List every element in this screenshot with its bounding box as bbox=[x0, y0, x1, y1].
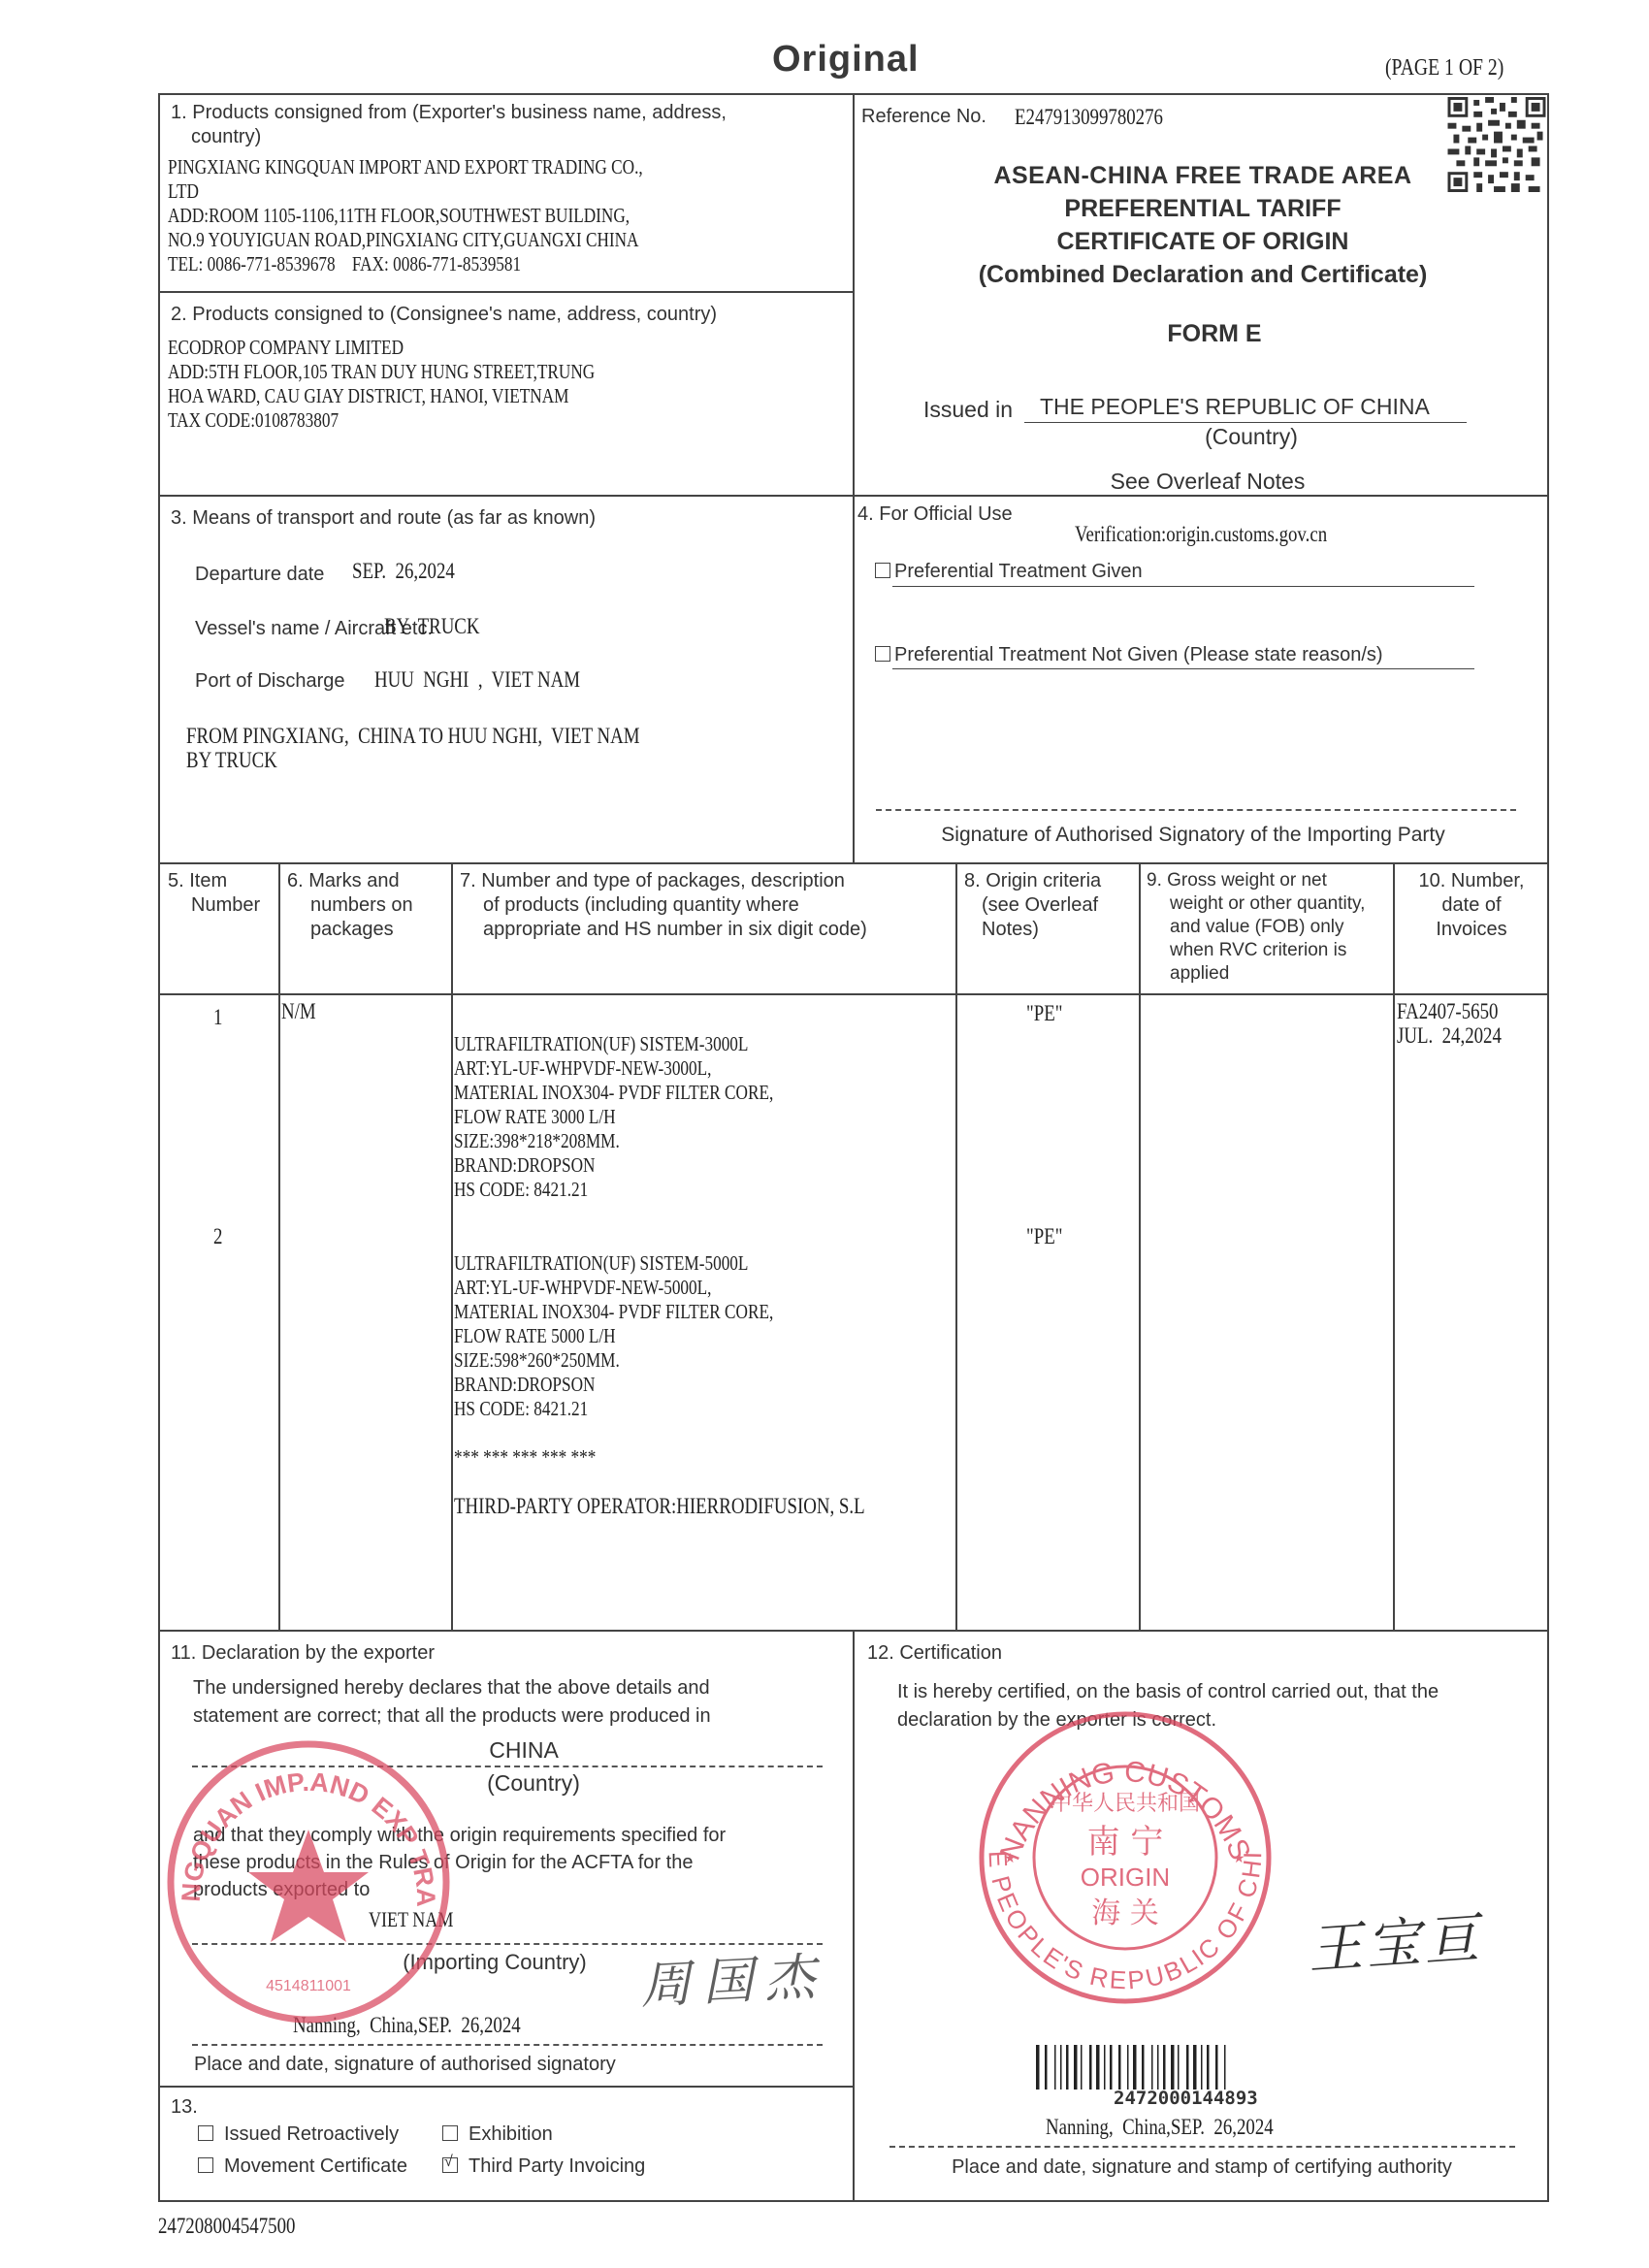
consignee-line: TAX CODE:0108783807 bbox=[168, 408, 595, 433]
box4-label: 4. For Official Use bbox=[857, 502, 1013, 527]
header-text: packages bbox=[287, 918, 413, 942]
description-line: ART:YL-UF-WHPVDF-NEW-3000L, bbox=[454, 1056, 773, 1081]
certifier-place-caption: Place and date, signature and stamp of c… bbox=[854, 2155, 1550, 2180]
divider bbox=[158, 993, 1549, 995]
description-line: SIZE:398*218*208MM. bbox=[454, 1129, 773, 1153]
item-1-description: ULTRAFILTRATION(UF) SISTEM-3000L ART:YL-… bbox=[454, 1032, 844, 1202]
exporter-place-line bbox=[192, 2044, 823, 2046]
description-line: BRAND:DROPSON bbox=[454, 1373, 773, 1397]
country-caption: (Country) bbox=[1057, 425, 1445, 449]
box11-label: 11. Declaration by the exporter bbox=[171, 1641, 435, 1666]
consignee-block: ECODROP COMPANY LIMITED ADD:5TH FLOOR,10… bbox=[168, 336, 689, 433]
checkbox-preferential-not-given[interactable] bbox=[875, 646, 890, 662]
divider bbox=[278, 862, 280, 1630]
not-given-underline bbox=[892, 668, 1474, 669]
box2-label: 2. Products consigned to (Consignee's na… bbox=[171, 303, 717, 327]
exporter-line: TEL: 0086-771-8539678 FAX: 0086-771-8539… bbox=[168, 252, 643, 276]
description-line: BRAND:DROPSON bbox=[454, 1153, 773, 1178]
departure-label: Departure date bbox=[195, 563, 324, 587]
barcode bbox=[1034, 2045, 1354, 2090]
header-description: 7. Number and type of packages, descript… bbox=[460, 869, 867, 942]
importing-country: VIET NAM bbox=[369, 1907, 453, 1931]
header-text: when RVC criterion is bbox=[1147, 939, 1365, 962]
certification-line: declaration by the exporter is correct. bbox=[897, 1706, 1439, 1734]
header-text: numbers on bbox=[287, 893, 413, 918]
declaration-line: these products in the Rules of Origin fo… bbox=[193, 1849, 726, 1876]
departure-date: SEP. 26,2024 bbox=[352, 559, 455, 583]
exporter-place-date: Nanning, China,SEP. 26,2024 bbox=[293, 2013, 521, 2037]
declaration-line: The undersigned hereby declares that the… bbox=[193, 1674, 711, 1702]
declaration-line: statement are correct; that all the prod… bbox=[193, 1702, 711, 1731]
reference-number: E247913099780276 bbox=[1015, 105, 1163, 129]
header-invoice: 10. Number, date of Invoices bbox=[1395, 869, 1548, 942]
header-text: and value (FOB) only bbox=[1147, 916, 1365, 939]
header-text: Notes) bbox=[964, 918, 1101, 942]
divider bbox=[1393, 862, 1395, 1630]
marks-value: N/M bbox=[281, 999, 316, 1023]
consignee-line: ECODROP COMPANY LIMITED bbox=[168, 336, 595, 360]
invoice-block: FA2407-5650 JUL. 24,2024 bbox=[1397, 999, 1525, 1048]
checkbox-exhibition[interactable] bbox=[442, 2125, 458, 2141]
divider bbox=[451, 862, 453, 1630]
footer-document-number: 247208004547500 bbox=[158, 2214, 295, 2238]
importer-signature-caption: Signature of Authorised Signatory of the… bbox=[854, 823, 1533, 847]
preferential-not-given-label: Preferential Treatment Not Given (Please… bbox=[894, 643, 1383, 667]
title-line3: CERTIFICATE OF ORIGIN bbox=[863, 225, 1542, 258]
header-text: of products (including quantity where bbox=[460, 893, 867, 918]
consignee-line: HOA WARD, CAU GIAY DISTRICT, HANOI, VIET… bbox=[168, 384, 595, 408]
given-underline bbox=[892, 586, 1474, 587]
route-line: FROM PINGXIANG, CHINA TO HUU NGHI, VIET … bbox=[186, 724, 640, 748]
header-origin: 8. Origin criteria (see Overleaf Notes) bbox=[964, 869, 1101, 942]
exporter-line: LTD bbox=[168, 179, 643, 204]
header-text: 10. Number, bbox=[1395, 869, 1548, 893]
route-line: BY TRUCK bbox=[186, 748, 640, 772]
title-line1: ASEAN-CHINA FREE TRADE AREA bbox=[863, 159, 1542, 192]
description-line: FLOW RATE 3000 L/H bbox=[454, 1105, 773, 1129]
certification-text: It is hereby certified, on the basis of … bbox=[897, 1678, 1439, 1734]
item-number: 1 bbox=[213, 1005, 222, 1029]
exporter-line: NO.9 YOUYIGUAN ROAD,PINGXIANG CITY,GUANG… bbox=[168, 228, 643, 252]
box13-label: 13. bbox=[171, 2095, 198, 2120]
declaration-line: and that they comply with the origin req… bbox=[193, 1822, 726, 1849]
title-line2: PREFERENTIAL TARIFF bbox=[863, 192, 1542, 225]
producing-country: CHINA bbox=[378, 1738, 669, 1763]
description-line: SIZE:598*260*250MM. bbox=[454, 1348, 773, 1373]
end-marker: *** *** *** *** *** bbox=[454, 1445, 596, 1470]
certificate-title: ASEAN-CHINA FREE TRADE AREA PREFERENTIAL… bbox=[863, 159, 1542, 291]
issued-in-label: Issued in bbox=[923, 398, 1013, 422]
checkbox-movement-certificate[interactable] bbox=[198, 2157, 213, 2173]
country-caption: (Country) bbox=[388, 1771, 679, 1796]
item-2-description: ULTRAFILTRATION(UF) SISTEM-5000L ART:YL-… bbox=[454, 1251, 844, 1421]
certifier-signature: 王宝亘 bbox=[1305, 1895, 1484, 1985]
description-line: ULTRAFILTRATION(UF) SISTEM-5000L bbox=[454, 1251, 773, 1276]
declaration-text-2: and that they comply with the origin req… bbox=[193, 1822, 726, 1903]
divider bbox=[158, 2086, 854, 2088]
third-party-invoicing-label: Third Party Invoicing bbox=[469, 2155, 645, 2179]
origin-criterion: "PE" bbox=[1026, 1224, 1062, 1248]
divider bbox=[853, 93, 855, 863]
divider bbox=[1139, 862, 1141, 1630]
header-text: 5. Item bbox=[168, 869, 260, 893]
certifier-place-line bbox=[889, 2146, 1515, 2148]
header-text: appropriate and HS number in six digit c… bbox=[460, 918, 867, 942]
header-text: applied bbox=[1147, 962, 1365, 986]
certifier-place-date: Nanning, China,SEP. 26,2024 bbox=[1046, 2115, 1274, 2139]
divider bbox=[158, 291, 854, 293]
header-item-number: 5. Item Number bbox=[168, 869, 260, 918]
header-text: 9. Gross weight or net bbox=[1147, 869, 1365, 892]
exporter-line: ADD:ROOM 1105-1106,11TH FLOOR,SOUTHWEST … bbox=[168, 204, 643, 228]
third-party-operator: THIRD-PARTY OPERATOR:HIERRODIFUSION, S.L bbox=[454, 1494, 865, 1518]
issued-in-underline bbox=[1024, 422, 1467, 423]
header-text: Invoices bbox=[1395, 918, 1548, 942]
description-line: HS CODE: 8421.21 bbox=[454, 1397, 773, 1421]
exporter-place-caption: Place and date, signature of authorised … bbox=[194, 2053, 616, 2077]
description-line: MATERIAL INOX304- PVDF FILTER CORE, bbox=[454, 1081, 773, 1105]
box12-label: 12. Certification bbox=[867, 1641, 1002, 1666]
issued-in-country: THE PEOPLE'S REPUBLIC OF CHINA bbox=[1040, 395, 1430, 419]
description-line: ULTRAFILTRATION(UF) SISTEM-3000L bbox=[454, 1032, 773, 1056]
invoice-number: FA2407-5650 bbox=[1397, 999, 1502, 1023]
country-line bbox=[192, 1766, 823, 1767]
description-line: ART:YL-UF-WHPVDF-NEW-5000L, bbox=[454, 1276, 773, 1300]
vessel-name: BY TRUCK bbox=[384, 614, 480, 638]
checkbox-third-party-invoicing[interactable]: √ bbox=[442, 2157, 458, 2173]
port-of-discharge: HUU NGHI , VIET NAM bbox=[374, 667, 580, 692]
title-line4: (Combined Declaration and Certificate) bbox=[863, 258, 1542, 291]
divider bbox=[158, 862, 1549, 864]
box1-label-cont: country) bbox=[191, 125, 261, 149]
reference-label: Reference No. bbox=[861, 105, 986, 129]
divider bbox=[158, 495, 1549, 497]
header-text: 7. Number and type of packages, descript… bbox=[460, 869, 867, 893]
divider bbox=[955, 862, 957, 1630]
exhibition-label: Exhibition bbox=[469, 2122, 553, 2147]
exporter-block: PINGXIANG KINGQUAN IMPORT AND EXPORT TRA… bbox=[168, 155, 747, 276]
checkmark-icon: √ bbox=[444, 2154, 453, 2171]
header-text: weight or other quantity, bbox=[1147, 892, 1365, 916]
header-text: Number bbox=[168, 893, 260, 918]
issued-retroactively-label: Issued Retroactively bbox=[224, 2122, 399, 2147]
consignee-line: ADD:5TH FLOOR,105 TRAN DUY HUNG STREET,T… bbox=[168, 360, 595, 384]
origin-criterion: "PE" bbox=[1026, 1001, 1062, 1025]
importing-caption: (Importing Country) bbox=[349, 1950, 640, 1974]
port-label: Port of Discharge bbox=[195, 669, 345, 694]
exporter-line: PINGXIANG KINGQUAN IMPORT AND EXPORT TRA… bbox=[168, 155, 643, 179]
description-line: HS CODE: 8421.21 bbox=[454, 1178, 773, 1202]
header-text: 8. Origin criteria bbox=[964, 869, 1101, 893]
preferential-given-label: Preferential Treatment Given bbox=[894, 560, 1143, 584]
movement-certificate-label: Movement Certificate bbox=[224, 2155, 407, 2179]
checkbox-issued-retroactively[interactable] bbox=[198, 2125, 213, 2141]
route-block: FROM PINGXIANG, CHINA TO HUU NGHI, VIET … bbox=[186, 724, 739, 772]
box1-label: 1. Products consigned from (Exporter's b… bbox=[171, 101, 727, 125]
header-text: (see Overleaf bbox=[964, 893, 1101, 918]
item-number: 2 bbox=[213, 1224, 222, 1248]
header-marks: 6. Marks and numbers on packages bbox=[287, 869, 413, 942]
header-weight: 9. Gross weight or net weight or other q… bbox=[1147, 869, 1365, 986]
header-text: 6. Marks and bbox=[287, 869, 413, 893]
invoice-date: JUL. 24,2024 bbox=[1397, 1023, 1502, 1048]
verification-url: Verification:origin.customs.gov.cn bbox=[1075, 522, 1327, 546]
divider bbox=[853, 1630, 855, 2202]
box3-label: 3. Means of transport and route (as far … bbox=[171, 506, 596, 531]
checkbox-preferential-given[interactable] bbox=[875, 563, 890, 578]
page-indicator: (PAGE 1 OF 2) bbox=[1385, 56, 1503, 81]
barcode-number: 2472000144893 bbox=[1114, 2088, 1258, 2109]
document-title: Original bbox=[772, 39, 920, 81]
form-name: FORM E bbox=[1020, 320, 1408, 348]
description-line: FLOW RATE 5000 L/H bbox=[454, 1324, 773, 1348]
declaration-line: products exported to bbox=[193, 1876, 726, 1903]
header-text: date of bbox=[1395, 893, 1548, 918]
importer-signature-line bbox=[876, 809, 1516, 811]
certification-line: It is hereby certified, on the basis of … bbox=[897, 1678, 1439, 1706]
overleaf-notes: See Overleaf Notes bbox=[1014, 470, 1402, 494]
exporter-signature: 周国杰 bbox=[638, 1935, 828, 2018]
description-line: MATERIAL INOX304- PVDF FILTER CORE, bbox=[454, 1300, 773, 1324]
declaration-text: The undersigned hereby declares that the… bbox=[193, 1674, 711, 1731]
